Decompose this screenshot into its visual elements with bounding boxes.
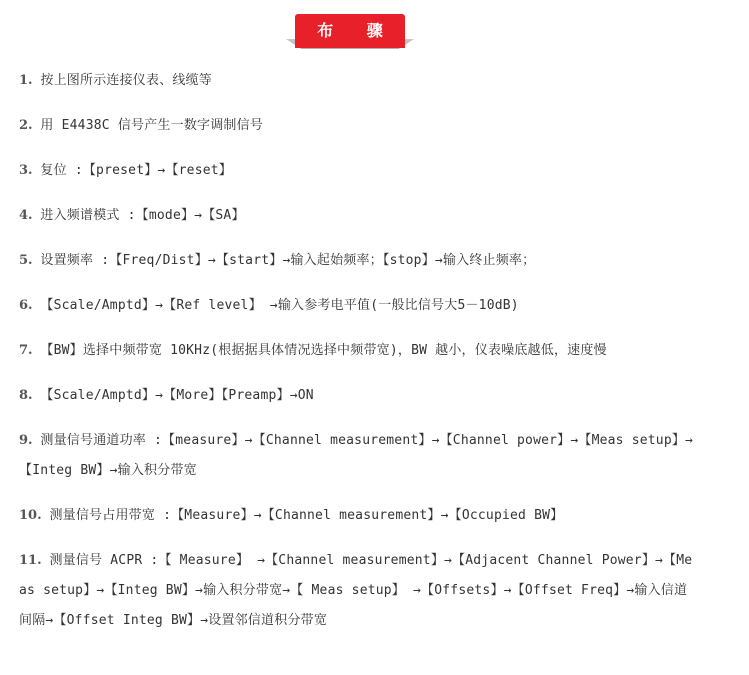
step-text: 用 E4438C 信号产生一数字调制信号 [40,118,263,133]
step-number: 7. [19,343,33,358]
section-title: 布 骤 [295,14,405,48]
step-item-10: 10. 测量信号占用带宽 :【Measure】→【Channel measure… [19,501,699,531]
step-number: 2. [19,118,33,133]
step-number: 3. [19,163,33,178]
step-number: 9. [19,433,33,448]
step-text: 【BW】选择中频带宽 10KHz(根据据具体情况选择中频带宽)，BW 越小，仪表… [40,343,606,358]
step-item-5: 5. 设置频率 :【Freq/Dist】→【start】→输入起始频率；【sto… [19,246,699,276]
step-item-7: 7. 【BW】选择中频带宽 10KHz(根据据具体情况选择中频带宽)，BW 越小… [19,336,699,366]
step-item-3: 3. 复位 :【preset】→【reset】 [19,156,699,186]
step-text: 复位 :【preset】→【reset】 [40,163,232,178]
step-number: 8. [19,388,33,403]
step-item-1: 1. 按上图所示连接仪表、线缆等 [19,66,699,96]
step-item-8: 8. 【Scale/Amptd】→【More】【Preamp】→ON [19,381,699,411]
step-item-6: 6. 【Scale/Amptd】→【Ref level】 →输入参考电平值(一般… [19,291,699,321]
step-text: 测量信号 ACPR :【 Measure】 →【Channel measurem… [19,553,692,628]
step-number: 10. [19,508,42,523]
step-number: 6. [19,298,33,313]
step-item-9: 9. 测量信号通道功率 :【measure】→【Channel measurem… [19,426,699,486]
step-item-2: 2. 用 E4438C 信号产生一数字调制信号 [19,111,699,141]
step-text: 【Scale/Amptd】→【More】【Preamp】→ON [40,388,313,403]
steps-list: 1. 按上图所示连接仪表、线缆等 2. 用 E4438C 信号产生一数字调制信号… [19,66,699,651]
step-text: 测量信号占用带宽 :【Measure】→【Channel measurement… [49,508,563,523]
step-number: 11. [19,553,42,568]
step-number: 4. [19,208,33,223]
step-text: 【Scale/Amptd】→【Ref level】 →输入参考电平值(一般比信号… [40,298,518,313]
step-text: 测量信号通道功率 :【measure】→【Channel measurement… [19,433,693,478]
step-item-4: 4. 进入频谱模式 :【mode】→【SA】 [19,201,699,231]
section-header: 布 骤 [286,14,414,50]
step-item-11: 11. 测量信号 ACPR :【 Measure】 →【Channel meas… [19,546,699,636]
step-number: 5. [19,253,33,268]
step-text: 进入频谱模式 :【mode】→【SA】 [40,208,244,223]
step-number: 1. [19,73,33,88]
step-text: 按上图所示连接仪表、线缆等 [40,73,212,88]
step-text: 设置频率 :【Freq/Dist】→【start】→输入起始频率；【stop】→… [40,253,535,268]
